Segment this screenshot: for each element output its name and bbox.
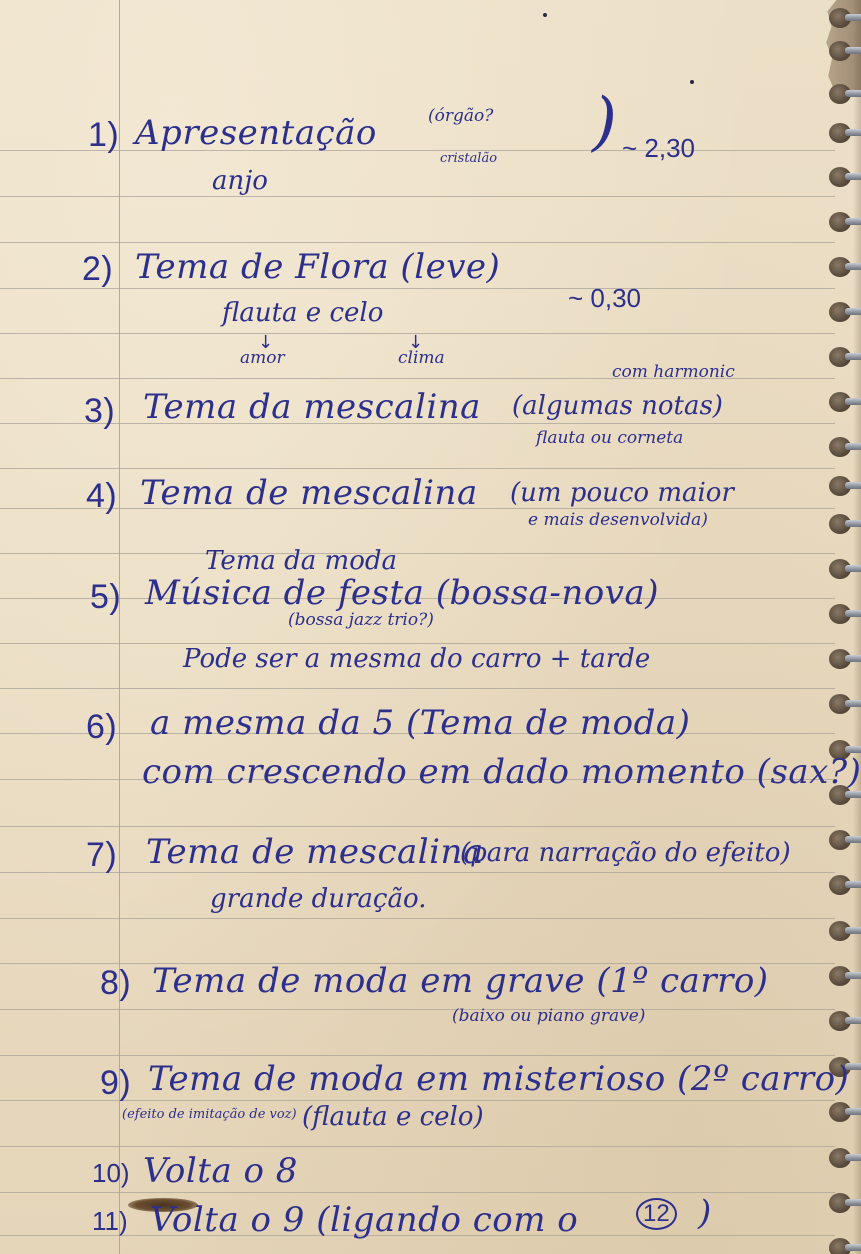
item-line2: com crescendo em dado momento (sax?) bbox=[142, 755, 861, 789]
item-title: Tema de mescalina bbox=[140, 476, 478, 510]
binding-wire bbox=[845, 1108, 861, 1115]
item-sub-note: (baixo ou piano grave) bbox=[452, 1008, 645, 1025]
binding-wire bbox=[845, 655, 861, 662]
binding-wire bbox=[845, 927, 861, 934]
ruled-line bbox=[0, 196, 835, 197]
item-above-note: Tema da moda bbox=[205, 548, 397, 574]
circled-reference: 12 bbox=[636, 1198, 677, 1230]
item-number: 9) bbox=[100, 1066, 131, 1100]
ruled-line bbox=[0, 688, 835, 689]
item-number: 2) bbox=[82, 252, 113, 286]
notebook-page: 1) Apresentação (órgão? cristalão ) anjo… bbox=[0, 0, 861, 1254]
item-duration: ~ 0,30 bbox=[568, 285, 641, 311]
binding-wire bbox=[845, 1154, 861, 1161]
item-duration: ~ 2,30 bbox=[622, 135, 695, 161]
item-number: 5) bbox=[90, 580, 121, 614]
item-paren-line2: e mais desenvolvida) bbox=[528, 512, 708, 529]
ink-speck bbox=[690, 80, 694, 84]
binding-wire bbox=[845, 443, 861, 450]
ruled-line bbox=[0, 872, 835, 873]
ruled-line bbox=[0, 288, 835, 289]
binding-wire bbox=[845, 520, 861, 527]
binding-wire bbox=[845, 218, 861, 225]
item-sub-note-right: (flauta e celo) bbox=[302, 1104, 484, 1130]
item-close-paren: ) bbox=[698, 1196, 712, 1230]
item-title: Volta o 8 bbox=[143, 1154, 298, 1188]
binding-wire bbox=[845, 14, 861, 21]
ruled-line bbox=[0, 918, 835, 919]
ruled-line bbox=[0, 1146, 835, 1147]
item-instruments: flauta e celo bbox=[222, 300, 383, 326]
item-above-note: com harmonic bbox=[612, 364, 735, 381]
item-title: Volta o 9 (ligando com o bbox=[150, 1203, 578, 1237]
item-number: 3) bbox=[84, 394, 115, 428]
binding-wire bbox=[845, 353, 861, 360]
item-number: 6) bbox=[86, 710, 117, 744]
item-extra-line: Pode ser a mesma do carro + tarde bbox=[183, 646, 650, 672]
binding-wire bbox=[845, 972, 861, 979]
item-paren-line1: (um pouco maior bbox=[510, 480, 734, 506]
binding-wire bbox=[845, 308, 861, 315]
item-line2: grande duração. bbox=[210, 886, 426, 912]
item-title: Apresentação bbox=[135, 116, 377, 150]
binding-wire bbox=[845, 263, 861, 270]
item-paren: (algumas notas) bbox=[512, 393, 723, 419]
item-under-celo: clima bbox=[398, 350, 445, 367]
ruled-line bbox=[0, 242, 835, 243]
item-title: Tema de mescalina bbox=[146, 835, 484, 869]
binding-wire bbox=[845, 173, 861, 180]
binding-wire bbox=[845, 1244, 861, 1251]
item-number: 11) bbox=[92, 1208, 128, 1234]
item-number: 1) bbox=[88, 118, 119, 152]
item-title: a mesma da 5 (Tema de moda) bbox=[150, 706, 690, 740]
binding-wire bbox=[845, 700, 861, 707]
item-paren-close: ) bbox=[592, 90, 617, 154]
item-number: 8) bbox=[100, 966, 131, 1000]
item-under-flauta: amor bbox=[240, 350, 285, 367]
item-sub-note-left: (efeito de imitação de voz) bbox=[122, 1108, 297, 1121]
item-below-note: anjo bbox=[212, 168, 268, 194]
item-paren: (para narração do efeito) bbox=[460, 840, 791, 866]
binding-wire bbox=[845, 791, 861, 798]
item-title: Tema da mescalina bbox=[143, 390, 481, 424]
item-title: Tema de moda em grave (1º carro) bbox=[152, 964, 769, 998]
item-number: 4) bbox=[86, 479, 117, 513]
ruled-line bbox=[0, 468, 835, 469]
binding-wire bbox=[845, 610, 861, 617]
ruled-line bbox=[0, 150, 835, 151]
item-title: Tema de Flora (leve) bbox=[135, 250, 500, 284]
binding-wire bbox=[845, 398, 861, 405]
binding-wire bbox=[845, 881, 861, 888]
item-number: 10) bbox=[92, 1160, 130, 1186]
item-paren-top: (órgão? bbox=[428, 108, 493, 125]
ruled-line bbox=[0, 553, 835, 554]
binding-wire bbox=[845, 1017, 861, 1024]
item-title: Tema de moda em misterioso (2º carro) bbox=[148, 1062, 849, 1096]
binding-wire bbox=[845, 129, 861, 136]
binding-wire bbox=[845, 1199, 861, 1206]
item-below-note: flauta ou corneta bbox=[536, 430, 683, 447]
item-number: 7) bbox=[86, 838, 117, 872]
binding-wire bbox=[845, 47, 861, 54]
item-title: Música de festa (bossa-nova) bbox=[145, 576, 659, 610]
binding-wire bbox=[845, 565, 861, 572]
item-paren-bottom: cristalão bbox=[440, 152, 497, 165]
ruled-line bbox=[0, 1009, 835, 1010]
binding-wire bbox=[845, 482, 861, 489]
ink-speck bbox=[543, 13, 547, 17]
binding-wire bbox=[845, 90, 861, 97]
ruled-line bbox=[0, 1055, 835, 1056]
binding-wire bbox=[845, 836, 861, 843]
ruled-line bbox=[0, 826, 835, 827]
item-sub-note: (bossa jazz trio?) bbox=[288, 612, 434, 629]
